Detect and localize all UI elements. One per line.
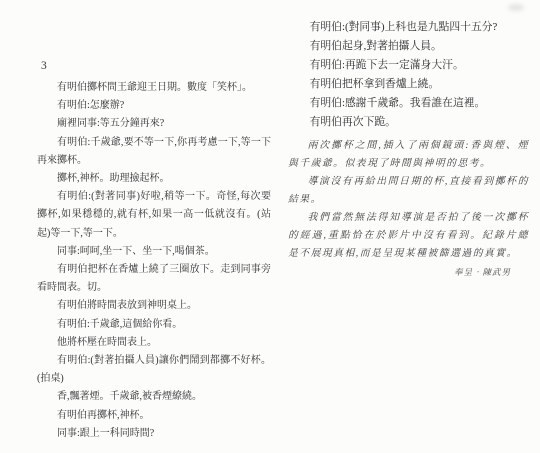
script-paragraph: 有明伯:(對著拍攝人員)讓你們鬧到都擲不好杯。(拍桌) [37, 352, 271, 388]
script-paragraph: 香,飄著煙。千歲爺,被香煙繚繞。 [37, 388, 271, 406]
commentary-paragraph: 我們當然無法得知導演是否拍了後一次擲杯的經過,重點恰在於影片中沒有看到。紀錄片總… [288, 209, 529, 263]
script-paragraph: 有明伯:千歲爺,要不等一下,你再考慮一下,等一下再來擲杯。 [37, 134, 271, 170]
script-paragraph: 有明伯擲杯問王爺迎王日期。數度「笑杯」。 [37, 79, 271, 97]
scanned-book-page: 3 有明伯擲杯問王爺迎王日期。數度「笑杯」。 有明伯:怎麼辦? 廟裡同事:等五分… [0, 0, 540, 453]
dialogue-paragraph: 有明伯起身,對著拍攝人員。 [288, 37, 529, 56]
script-paragraph: 擲杯,神杯。助理撿起杯。 [37, 170, 271, 188]
script-paragraph: 他將杯壓在時間表上。 [37, 334, 271, 352]
dialogue-paragraph: 有明伯再次下跪。 [288, 113, 529, 132]
script-paragraph: 有明伯:(對著同事)好啦,稍等一下。奇怪,每次要擲杯,如果穩穩的,就有杯,如果一… [37, 188, 271, 243]
script-paragraph: 有明伯:千歲爺,這個給你看。 [37, 316, 271, 334]
dialogue-paragraph: 有明伯:(對同事)上科也是九點四十五分? [288, 18, 529, 37]
section-number: 3 [41, 60, 47, 72]
script-paragraph: 同事:呵呵,坐一下、坐一下,喝個茶。 [37, 243, 271, 261]
script-paragraph: 有明伯把杯在香爐上繞了三圈放下。走到同事旁看時間表。切。 [37, 261, 271, 297]
script-paragraph: 有明伯將時間表放到神明桌上。 [37, 297, 271, 315]
script-paragraph: 有明伯再擲杯,神杯。 [37, 407, 271, 425]
dialogue-paragraph: 有明伯:感謝千歲爺。我看誰在這裡。 [288, 94, 529, 113]
dialogue-paragraph: 有明伯把杯拿到香爐上繞。 [288, 75, 529, 94]
script-paragraph: 廟裡同事:等五分鐘再來? [37, 115, 271, 133]
left-column: 有明伯擲杯問王爺迎王日期。數度「笑杯」。 有明伯:怎麼辦? 廟裡同事:等五分鐘再… [37, 79, 271, 443]
commentary-paragraph: 兩次擲杯之間,插入了兩個鏡頭:香與煙、煙與千歲爺。似表現了時間與神明的思考。 [288, 137, 529, 173]
attribution-line: 奉呈‧陳武男 [288, 263, 529, 281]
commentary-paragraph: 導演沒有再給出問日期的杯,直接看到擲杯的結果。 [288, 173, 529, 209]
commentary-block: 兩次擲杯之間,插入了兩個鏡頭:香與煙、煙與千歲爺。似表現了時間與神明的思考。 導… [288, 137, 529, 281]
dialogue-paragraph: 有明伯:再跪下去一定滿身大汗。 [288, 56, 529, 75]
script-paragraph: 同事:跟上一科同時間? [37, 425, 271, 443]
right-column: 有明伯:(對同事)上科也是九點四十五分? 有明伯起身,對著拍攝人員。 有明伯:再… [288, 18, 529, 281]
script-paragraph: 有明伯:怎麼辦? [37, 97, 271, 115]
scan-smudge [508, 4, 524, 11]
